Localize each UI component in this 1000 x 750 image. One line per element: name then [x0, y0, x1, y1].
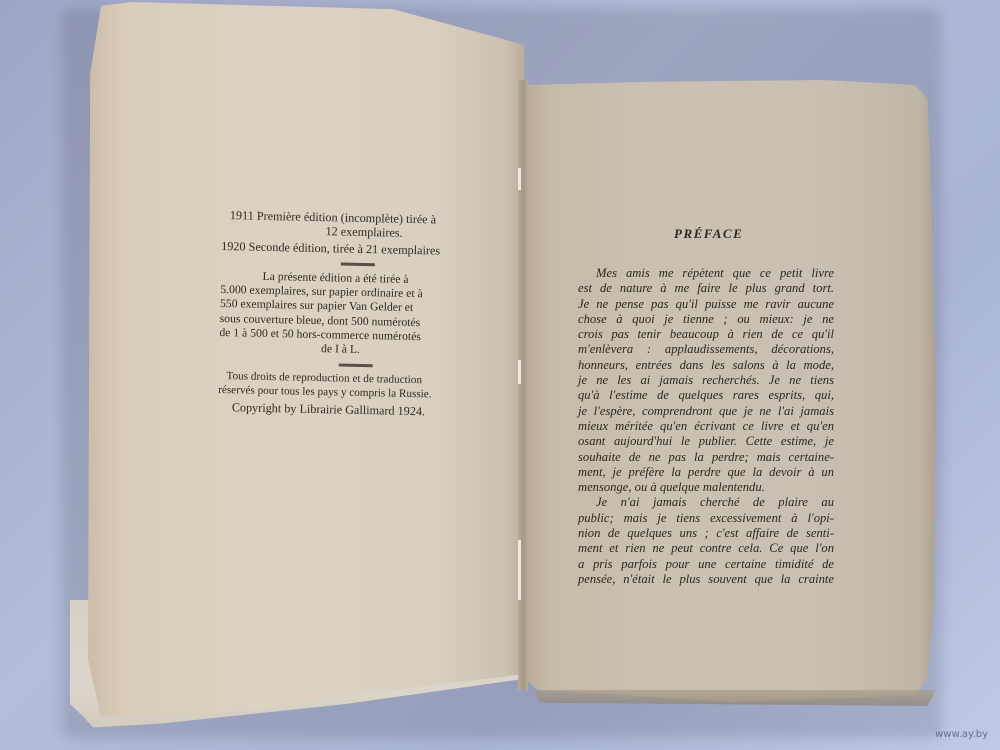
preface-body: Mes amis me répètent que ce petit livre … — [578, 266, 834, 587]
preface-line: ment et rien ne peut contre cela. Ce que… — [578, 541, 834, 556]
binding-stitch — [518, 168, 521, 190]
preface-line: honneurs, entrées dans les salons à la m… — [578, 358, 834, 373]
preface-line: a pris parfois pour une certaine timidit… — [578, 557, 834, 572]
divider-rule — [341, 263, 375, 267]
preface-line: mieux méritée qu'en écrivant ce livre et… — [578, 419, 834, 434]
preface-line: je ne les ai jamais recherchés. Je ne ti… — [578, 373, 834, 388]
preface-title: PRÉFACE — [674, 226, 743, 242]
colophon: 1911 Première édition (incomplète) tirée… — [218, 208, 478, 420]
binding-stitch — [518, 540, 521, 600]
preface-line: est de nature à me faire le plus grand t… — [578, 281, 834, 296]
edition-history-line: 1920 Seconde édition, tirée à 21 exempla… — [221, 239, 477, 258]
preface-line: je l'espère, comprendront que je ne l'ai… — [578, 404, 834, 419]
preface-line: crois pas tenir beaucoup à rien de ce qu… — [578, 327, 834, 342]
preface-line: public; mais je tiens excessivement à l'… — [578, 511, 834, 526]
preface-line: m'enlèvera : applaudissements, décoratio… — [578, 342, 834, 357]
preface-line: qu'à l'estime de quelques rares esprits,… — [578, 388, 834, 403]
binding-stitch — [518, 360, 521, 384]
divider-rule — [339, 364, 373, 368]
preface-line: pensée, n'était le plus souvent que la c… — [578, 572, 834, 587]
preface-line: chose à quoi je tienne ; ou mieux: je ne — [578, 312, 834, 327]
preface-line: osant aujourd'hui le publier. Cette esti… — [578, 434, 834, 449]
preface-line: souhaite de ne pas la perdre; mais certa… — [578, 450, 834, 465]
preface-line: Je n'ai jamais cherché de plaire au — [578, 495, 834, 510]
preface-line: Mes amis me répètent que ce petit livre — [578, 266, 834, 281]
preface-line: mensonge, ou à quelque malentendu. — [578, 480, 834, 495]
preface-line: nion de quelques uns ; c'est affaire de … — [578, 526, 834, 541]
preface-line: Je ne pense pas qu'il puisse me ravir au… — [578, 297, 834, 312]
watermark: www.ay.by — [935, 729, 988, 740]
preface-line: ment, je préfère la perdre que la devoir… — [578, 465, 834, 480]
print-run-statement: La présente édition a été tirée à 5.000 … — [219, 269, 477, 360]
